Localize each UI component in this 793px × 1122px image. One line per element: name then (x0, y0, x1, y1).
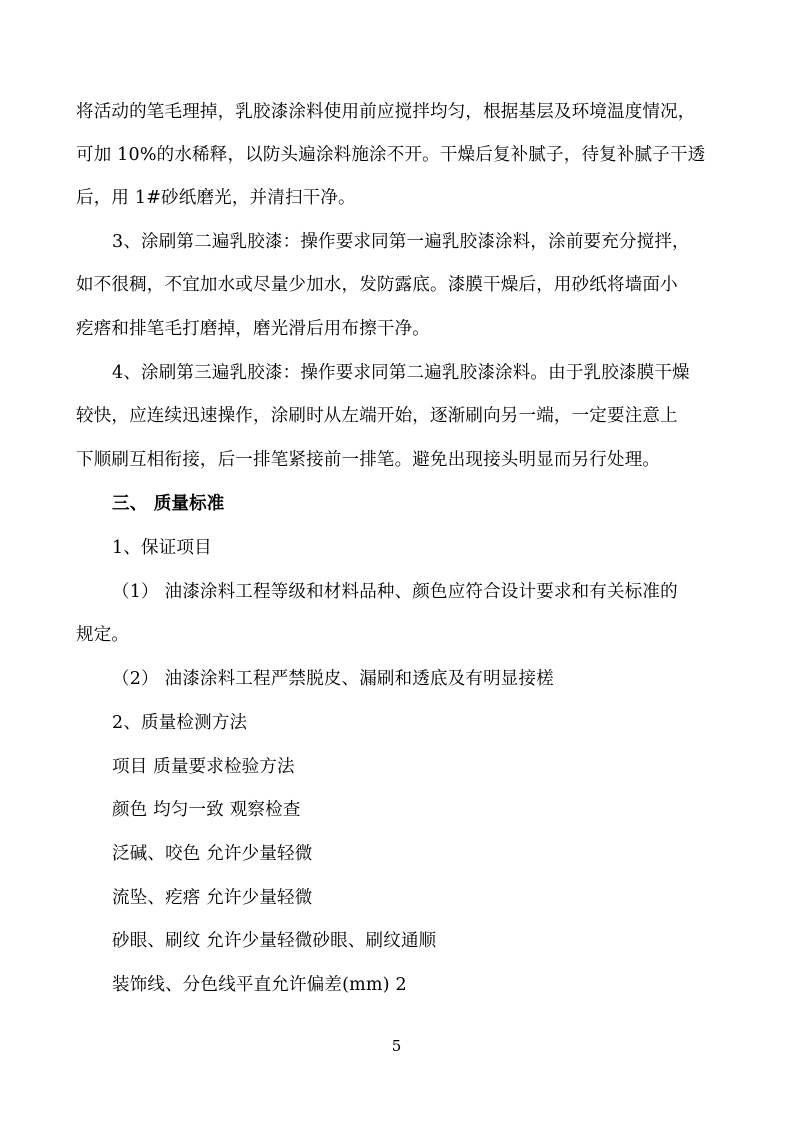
table-row: 泛碱、咬色 允许少量轻微 (112, 842, 762, 866)
step-3-line: 3、涂刷第二遍乳胶漆：操作要求同第一遍乳胶漆涂料，涂前要充分搅拌， (112, 230, 762, 254)
paragraph-line: 规定。 (76, 623, 726, 647)
paragraph-line: 下顺刷互相衔接，后一排笔紧接前一排笔。避免出现接头明显而另行处理。 (76, 448, 726, 472)
subsection-heading: 2、质量检测方法 (112, 711, 762, 735)
paragraph-line: 后，用 1#砂纸磨光，并清扫干净。 (76, 186, 726, 210)
paragraph-line: 可加 10%的水稀释，以防头遍涂料施涂不开。干燥后复补腻子，待复补腻子干透 (76, 143, 726, 167)
document-page: 将活动的笔毛理掉，乳胶漆涂料使用前应搅拌均匀，根据基层及环境温度情况， 可加 1… (0, 0, 793, 1122)
step-4-line: 4、涂刷第三遍乳胶漆：操作要求同第二遍乳胶漆涂料。由于乳胶漆膜干燥 (112, 361, 762, 385)
paragraph-line: 疙瘩和排笔毛打磨掉，磨光滑后用布擦干净。 (76, 317, 726, 341)
paragraph-line: 较快，应连续迅速操作，涂刷时从左端开始，逐渐刷向另一端，一定要注意上 (76, 404, 726, 428)
paragraph-line: 如不很稠，不宜加水或尽量少加水，发防露底。漆膜干燥后，用砂纸将墙面小 (76, 273, 726, 297)
section-heading: 三、 质量标准 (112, 492, 762, 516)
page-number: 5 (0, 1036, 793, 1056)
table-header-row: 项目 质量要求检验方法 (112, 755, 762, 779)
table-row: 颜色 均匀一致 观察检查 (112, 798, 762, 822)
paragraph-line: 将活动的笔毛理掉，乳胶漆涂料使用前应搅拌均匀，根据基层及环境温度情况， (76, 100, 726, 124)
list-item: （1） 油漆涂料工程等级和材料品种、颜色应符合设计要求和有关标准的 (112, 580, 762, 604)
list-item: （2） 油漆涂料工程严禁脱皮、漏刷和透底及有明显接槎 (112, 667, 762, 691)
table-row: 装饰线、分色线平直允许偏差(mm) 2 (112, 973, 762, 997)
table-row: 砂眼、刷纹 允许少量轻微砂眼、刷纹通顺 (112, 929, 762, 953)
subsection-heading: 1、保证项目 (112, 536, 762, 560)
table-row: 流坠、疙瘩 允许少量轻微 (112, 886, 762, 910)
